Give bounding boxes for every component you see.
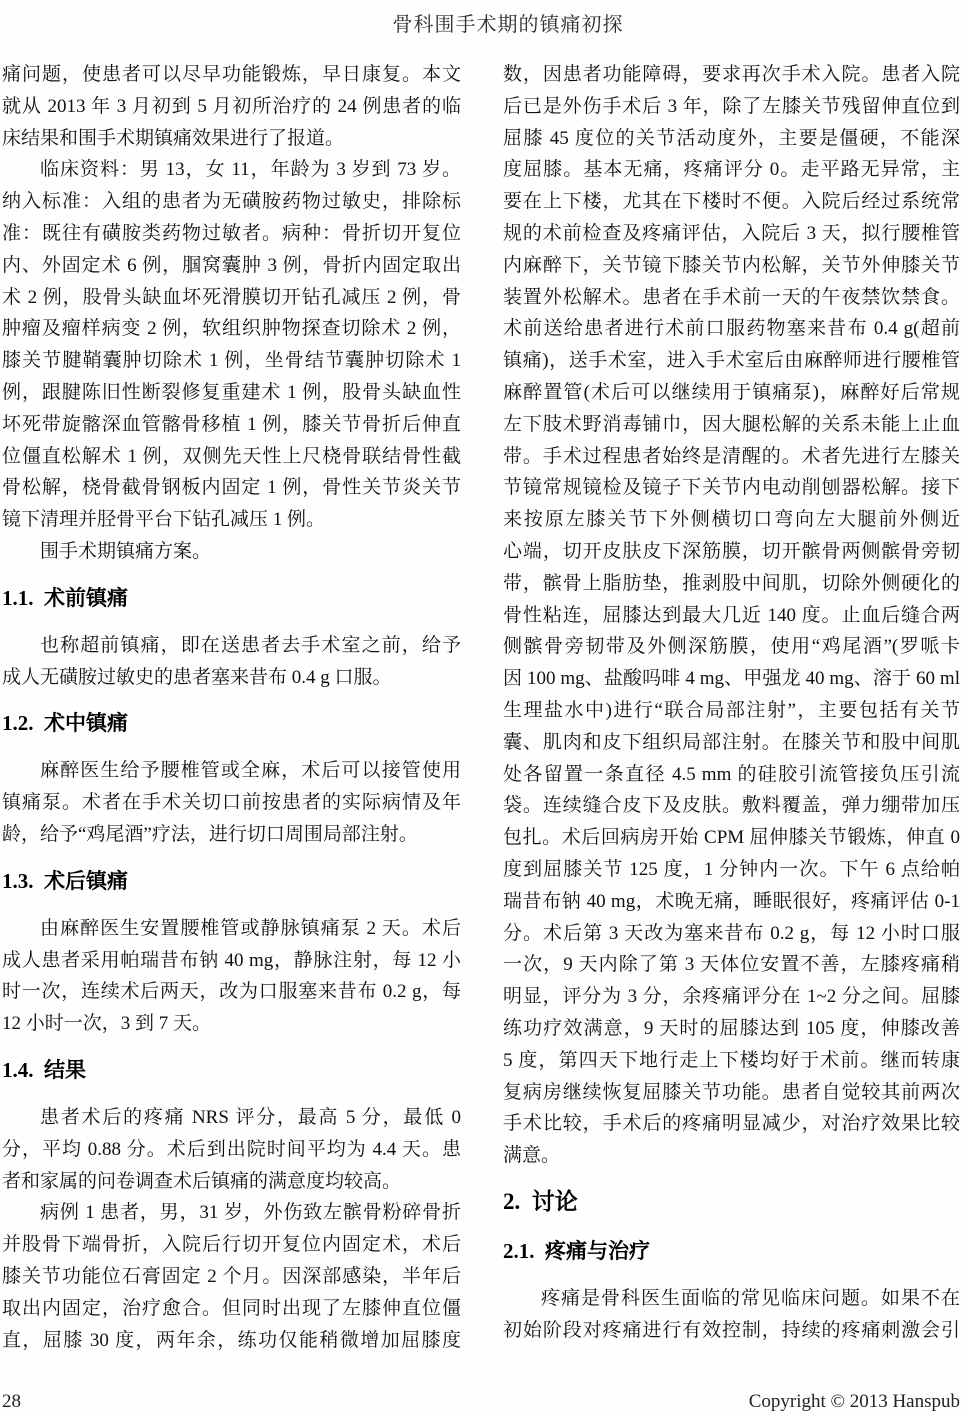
text-line: 装置外松解术。患者在手术前一天的午夜禁饮禁食。 (503, 282, 960, 314)
text-line: 龄，给予“鸡尾酒”疗法，进行切口周围局部注射。 (2, 819, 461, 851)
text-line: 侧髌骨旁韧带及外侧深筋膜，使用“鸡尾酒”(罗哌卡 (503, 631, 960, 663)
text-line: 时一次，连续术后两天，改为口服塞来昔布 0.2 g，每 (2, 976, 461, 1008)
text-line: 取出内固定，治疗愈合。但同时出现了左膝伸直位僵 (2, 1293, 461, 1325)
text-line: 处各留置一条直径 4.5 mm 的硅胶引流管接负压引流 (503, 759, 960, 791)
footer-copyright: Copyright © 2013 Hanspub (749, 1391, 960, 1413)
text-line: 练功疗效满意，9 天时的屈膝达到 105 度，伸膝改善 (503, 1013, 960, 1045)
section-heading: 1.3. 术后镇痛 (2, 866, 461, 896)
text-line: 瑞昔布钠 40 mg，术晚无痛，睡眠很好，疼痛评估 0-1 (503, 886, 960, 918)
text-line: 规的术前检查及疼痛评估，入院后 3 天，拟行腰椎管 (503, 218, 960, 250)
text-line: 左下肢术野消毒铺巾，因大腿松解的关系未能上止血 (503, 409, 960, 441)
text-line: 术前送给患者进行术前口服药物塞来昔布 0.4 g(超前 (503, 313, 960, 345)
text-line: 初始阶段对疼痛进行有效控制，持续的疼痛刺激会引 (503, 1315, 960, 1347)
text-line: 麻醉医生给予腰椎管或全麻，术后可以接管使用 (2, 755, 461, 787)
text-line: 来按原左膝关节下外侧横切口弯向左大腿前外侧近 (503, 504, 960, 536)
text-line: 成人患者采用帕瑞昔布钠 40 mg，静脉注射，每 12 小 (2, 945, 461, 977)
text-line: 要在上下楼，尤其在下楼时不便。入院后经过系统常 (503, 186, 960, 218)
text-line: 疼痛是骨科医生面临的常见临床问题。如果不在 (503, 1283, 960, 1315)
text-line: 5 度，第四天下地行走上下楼均好于术前。继而转康 (503, 1045, 960, 1077)
text-line: 囊、肌肉和皮下组织局部注射。在膝关节和股中间肌 (503, 727, 960, 759)
text-line: 度屈膝。基本无痛，疼痛评分 0。走平路无异常，主 (503, 154, 960, 186)
text-line: 镇痛)，送手术室，进入手术室后由麻醉师进行腰椎管 (503, 345, 960, 377)
section-heading: 1.2. 术中镇痛 (2, 708, 461, 738)
text-line: 节镜常规镜检及镜子下关节内电动削刨器松解。接下 (503, 472, 960, 504)
section-heading: 2. 讨论 (503, 1186, 960, 1218)
text-line: 例，跟腱陈旧性断裂修复重建术 1 例，股骨头缺血性 (2, 377, 461, 409)
text-line: 镜下清理并胫骨平台下钻孔减压 1 例。 (2, 504, 461, 536)
text-line: 带。手术过程患者始终是清醒的。术者先进行左膝关 (503, 441, 960, 473)
text-line: 屈膝 45 度位的关节活动度外，主要是僵硬，不能深 (503, 123, 960, 155)
text-line: 准：既往有磺胺类药物过敏者。病种：骨折切开复位 (2, 218, 461, 250)
text-line: 者和家属的问卷调查术后镇痛的满意度均较高。 (2, 1166, 461, 1198)
text-line: 后已是外伤手术后 3 年，除了左膝关节残留伸直位到 (503, 91, 960, 123)
text-line: 满意。 (503, 1140, 960, 1172)
text-line: 位僵直松解术 1 例，双侧先天性上尺桡骨联结骨性截 (2, 441, 461, 473)
text-line: 坏死带旋髂深血管髂骨移植 1 例，膝关节骨折后伸直 (2, 409, 461, 441)
text-line: 12 小时一次，3 到 7 天。 (2, 1008, 461, 1040)
text-line: 由麻醉医生安置腰椎管或静脉镇痛泵 2 天。术后 (2, 913, 461, 945)
footer-page-number: 28 (2, 1391, 21, 1413)
text-line: 袋。连续缝合皮下及皮肤。敷料覆盖，弹力绷带加压 (503, 790, 960, 822)
text-line: 痛问题，使患者可以尽早功能锻炼，早日康复。本文 (2, 59, 461, 91)
text-line: 并股骨下端骨折，入院后行切开复位内固定术，术后 (2, 1229, 461, 1261)
text-line: 生理盐水中)进行“联合局部注射”，主要包括有关节 (503, 695, 960, 727)
page-header-title: 骨科围手术期的镇痛初探 (0, 8, 966, 37)
text-line: 围手术期镇痛方案。 (2, 536, 461, 568)
text-line: 度到屈膝关节 125 度，1 分钟内一次。下午 6 点给帕 (503, 854, 960, 886)
text-line: 术 2 例，股骨头缺血坏死滑膜切开钻孔减压 2 例，骨 (2, 282, 461, 314)
text-line: 数，因患者功能障碍，要求再次手术入院。患者入院 (503, 59, 960, 91)
text-line: 纳入标准：入组的患者为无磺胺药物过敏史，排除标 (2, 186, 461, 218)
text-line: 就从 2013 年 3 月初到 5 月初所治疗的 24 例患者的临 (2, 91, 461, 123)
section-heading: 1.1. 术前镇痛 (2, 583, 461, 613)
text-line: 一次，9 天内除了第 3 天体位安置不善，左膝疼痛稍 (503, 949, 960, 981)
text-line: 包扎。术后回病房开始 CPM 屈伸膝关节锻炼，伸直 0 (503, 822, 960, 854)
text-line: 骨性粘连，屈膝达到最大几近 140 度。止血后缝合两 (503, 600, 960, 632)
text-line: 骨松解，桡骨截骨钢板内固定 1 例，骨性关节炎关节 (2, 472, 461, 504)
text-line: 手术比较，手术后的疼痛明显减少，对治疗效果比较 (503, 1108, 960, 1140)
text-line: 成人无磺胺过敏史的患者塞来昔布 0.4 g 口服。 (2, 662, 461, 694)
text-line: 明显，评分为 3 分，余疼痛评分在 1~2 分之间。屈膝 (503, 981, 960, 1013)
section-heading: 2.1. 疼痛与治疗 (503, 1236, 960, 1266)
text-line: 带，髌骨上脂肪垫，推剥股中间肌，切除外侧硬化的 (503, 568, 960, 600)
text-line: 膝关节腱鞘囊肿切除术 1 例，坐骨结节囊肿切除术 1 (2, 345, 461, 377)
text-line: 内麻醉下，关节镜下膝关节内松解，关节外伸膝关节 (503, 250, 960, 282)
text-line: 分，平均 0.88 分。术后到出院时间平均为 4.4 天。患 (2, 1134, 461, 1166)
text-line: 患者术后的疼痛 NRS 评分，最高 5 分，最低 0 (2, 1102, 461, 1134)
paper-page: 骨科围手术期的镇痛初探 痛问题，使患者可以尽早功能锻炼，早日康复。本文就从 20… (0, 0, 966, 1414)
column-left: 痛问题，使患者可以尽早功能锻炼，早日康复。本文就从 2013 年 3 月初到 5… (2, 59, 461, 1356)
text-line: 镇痛泵。术者在手术关切口前按患者的实际病情及年 (2, 787, 461, 819)
text-line: 分。术后第 3 天改为塞来昔布 0.2 g，每 12 小时口服 (503, 918, 960, 950)
column-right: 数，因患者功能障碍，要求再次手术入院。患者入院后已是外伤手术后 3 年，除了左膝… (503, 59, 960, 1346)
text-line: 麻醉置管(术后可以继续用于镇痛泵)，麻醉好后常规 (503, 377, 960, 409)
text-line: 直，屈膝 30 度，两年余，练功仅能稍微增加屈膝度 (2, 1325, 461, 1357)
text-line: 病例 1 患者，男，31 岁，外伤致左髌骨粉碎骨折 (2, 1197, 461, 1229)
section-heading: 1.4. 结果 (2, 1055, 461, 1085)
text-line: 因 100 mg、盐酸吗啡 4 mg、甲强龙 40 mg、溶于 60 ml (503, 663, 960, 695)
text-line: 复病房继续恢复屈膝关节功能。患者自觉较其前两次 (503, 1077, 960, 1109)
text-line: 床结果和围手术期镇痛效果进行了报道。 (2, 123, 461, 155)
text-line: 内、外固定术 6 例，腘窝囊肿 3 例，骨折内固定取出 (2, 250, 461, 282)
text-line: 心端，切开皮肤皮下深筋膜，切开髌骨两侧髌骨旁韧 (503, 536, 960, 568)
text-line: 肿瘤及瘤样病变 2 例，软组织肿物探查切除术 2 例， (2, 313, 461, 345)
text-line: 也称超前镇痛，即在送患者去手术室之前，给予 (2, 630, 461, 662)
text-line: 膝关节功能位石膏固定 2 个月。因深部感染，半年后 (2, 1261, 461, 1293)
text-line: 临床资料：男 13，女 11，年龄为 3 岁到 73 岁。 (2, 154, 461, 186)
